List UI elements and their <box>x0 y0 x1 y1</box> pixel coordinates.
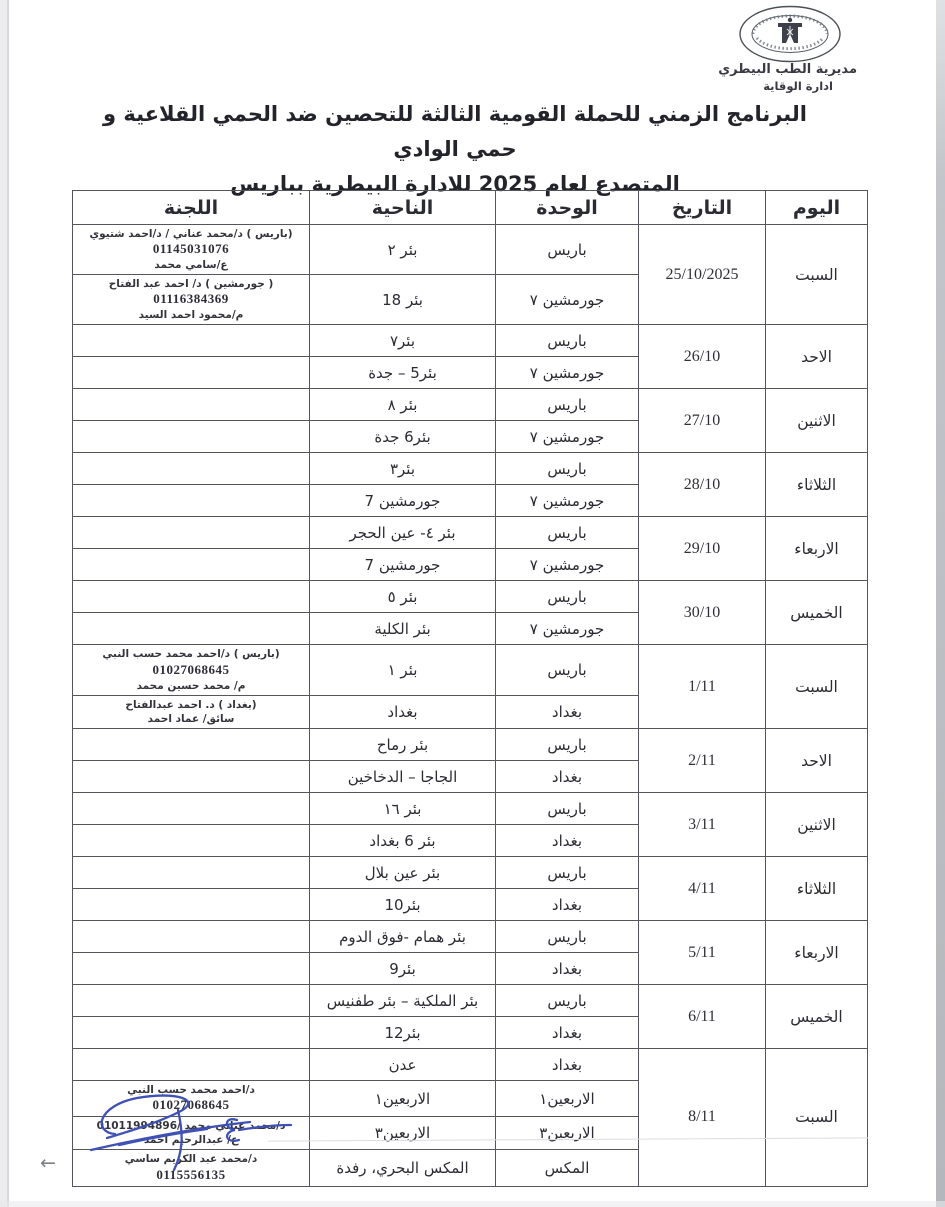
committee-cell <box>73 581 310 613</box>
committee-cell <box>73 889 310 921</box>
scan-edge-bottom <box>0 1201 945 1207</box>
committee-cell: ( جورمشين ) د/ احمد عبد الفتاح0111638436… <box>73 275 310 325</box>
date-cell: 30/10 <box>639 581 766 645</box>
committee-cell <box>73 453 310 485</box>
unit-cell: باريس <box>496 921 639 953</box>
unit-cell: بغداد <box>496 889 639 921</box>
committee-line: 01116384369 <box>77 291 305 308</box>
header-date: التاريخ <box>639 191 766 225</box>
district-cell: بئر 6 بغداد <box>310 825 496 857</box>
district-cell: بئر ٨ <box>310 389 496 421</box>
district-cell: بئر10 <box>310 889 496 921</box>
day-cell: الاحد <box>766 325 868 389</box>
unit-cell: جورمشين ٧ <box>496 421 639 453</box>
table-row: الاحد26/10باريسبئر٧ <box>73 325 868 357</box>
table-row: الثلاثاء28/10باريسبئر٣ <box>73 453 868 485</box>
committee-cell: (بغداد ) د. احمد عبدالفتاحسائق/ عماد احم… <box>73 695 310 728</box>
unit-cell: جورمشين ٧ <box>496 357 639 389</box>
committee-line: (بغداد ) د. احمد عبدالفتاح <box>77 698 305 712</box>
unit-cell: باريس <box>496 517 639 549</box>
unit-cell: باريس <box>496 453 639 485</box>
org-name-line1: مديرية الطب البيطري <box>718 62 857 77</box>
unit-cell: جورمشين ٧ <box>496 613 639 645</box>
district-cell: المكس البحري، رفدة <box>310 1150 496 1186</box>
ministry-seal-logo <box>737 4 843 64</box>
district-cell: بئر ٤- عين الحجر <box>310 517 496 549</box>
committee-line: سائق/ عماد احمد <box>77 712 305 726</box>
seal-icon <box>737 4 843 64</box>
committee-cell <box>73 613 310 645</box>
day-cell: السبت <box>766 1049 868 1186</box>
day-cell: الاربعاء <box>766 921 868 985</box>
table-row: السبت1/11باريسبئر ١(باريس ) د/احمد محمد … <box>73 645 868 695</box>
district-cell: جورمشين 7 <box>310 485 496 517</box>
day-cell: الاحد <box>766 729 868 793</box>
scan-page-edge-line <box>7 0 9 1207</box>
unit-cell: بغداد <box>496 953 639 985</box>
district-cell: بئر ١٦ <box>310 793 496 825</box>
table-row: الاربعاء5/11باريسبئر همام -فوق الدوم <box>73 921 868 953</box>
date-cell: 25/10/2025 <box>639 225 766 325</box>
title-line-1: البرنامج الزمني للحملة القومية الثالثة ل… <box>85 97 825 167</box>
district-cell: بئر ١ <box>310 645 496 695</box>
committee-cell <box>73 357 310 389</box>
district-cell: بئر٧ <box>310 325 496 357</box>
district-cell: بئر عين بلال <box>310 857 496 889</box>
vaccination-schedule-table: اليوم التاريخ الوحدة الناحية اللجنة السب… <box>72 190 868 1187</box>
unit-cell: جورمشين ٧ <box>496 275 639 325</box>
unit-cell: بغداد <box>496 1017 639 1049</box>
district-cell: بئر٣ <box>310 453 496 485</box>
day-cell: الاربعاء <box>766 517 868 581</box>
header-committee: اللجنة <box>73 191 310 225</box>
district-cell: بئر5 – جدة <box>310 357 496 389</box>
committee-line: ع/سامي محمد <box>77 258 305 272</box>
district-cell: بئر9 <box>310 953 496 985</box>
unit-cell: باريس <box>496 645 639 695</box>
district-cell: الاربعين١ <box>310 1081 496 1117</box>
committee-line: م/محمود احمد السيد <box>77 308 305 322</box>
district-cell: بئر ٥ <box>310 581 496 613</box>
header-unit: الوحدة <box>496 191 639 225</box>
unit-cell: بغداد <box>496 825 639 857</box>
unit-cell: باريس <box>496 793 639 825</box>
date-cell: 29/10 <box>639 517 766 581</box>
scan-edge-right <box>936 0 945 1207</box>
table-row: الخميس6/11باريسبئر الملكية – بئر طفنيس <box>73 985 868 1017</box>
district-cell: بئر ٢ <box>310 225 496 275</box>
day-cell: الثلاثاء <box>766 453 868 517</box>
day-cell: الاثنين <box>766 389 868 453</box>
district-cell: بغداد <box>310 695 496 728</box>
table-row: السبت8/11بغدادعدن <box>73 1049 868 1081</box>
handwritten-signature <box>85 1082 295 1177</box>
committee-cell <box>73 517 310 549</box>
unit-cell: باريس <box>496 225 639 275</box>
district-cell: جورمشين 7 <box>310 549 496 581</box>
committee-cell <box>73 729 310 761</box>
schedule-table-body: السبت25/10/2025باريسبئر ٢(باريس ) د/محمد… <box>73 225 868 1187</box>
table-row: الخميس30/10باريسبئر ٥ <box>73 581 868 613</box>
unit-cell: باريس <box>496 325 639 357</box>
day-cell: الخميس <box>766 581 868 645</box>
unit-cell: باريس <box>496 729 639 761</box>
unit-cell: جورمشين ٧ <box>496 485 639 517</box>
day-cell: الخميس <box>766 985 868 1049</box>
unit-cell: باريس <box>496 985 639 1017</box>
unit-cell: باريس <box>496 581 639 613</box>
date-cell: 5/11 <box>639 921 766 985</box>
date-cell: 2/11 <box>639 729 766 793</box>
unit-cell: بغداد <box>496 695 639 728</box>
back-arrow-mark: ← <box>40 1152 56 1174</box>
day-cell: الثلاثاء <box>766 857 868 921</box>
committee-line: (باريس ) د/احمد محمد حسب النبي <box>77 647 305 661</box>
district-cell: بئر12 <box>310 1017 496 1049</box>
district-cell: بئر همام -فوق الدوم <box>310 921 496 953</box>
org-name-line2: ادارة الوقاية <box>763 79 833 93</box>
date-cell: 6/11 <box>639 985 766 1049</box>
committee-cell: (باريس ) د/محمد عناني / د/احمد شتيوي0114… <box>73 225 310 275</box>
date-cell: 8/11 <box>639 1049 766 1186</box>
table-row: السبت25/10/2025باريسبئر ٢(باريس ) د/محمد… <box>73 225 868 275</box>
committee-line: ( جورمشين ) د/ احمد عبد الفتاح <box>77 277 305 291</box>
committee-cell <box>73 857 310 889</box>
unit-cell: الاربعين١ <box>496 1081 639 1117</box>
committee-cell <box>73 485 310 517</box>
unit-cell: جورمشين ٧ <box>496 549 639 581</box>
district-cell: بئر 18 <box>310 275 496 325</box>
date-cell: 3/11 <box>639 793 766 857</box>
committee-line: 01027068645 <box>77 662 305 679</box>
unit-cell: باريس <box>496 389 639 421</box>
district-cell: الاربعين٣ <box>310 1117 496 1150</box>
header-day: اليوم <box>766 191 868 225</box>
table-row: الاثنين3/11باريسبئر ١٦ <box>73 793 868 825</box>
date-cell: 1/11 <box>639 645 766 729</box>
committee-cell <box>73 549 310 581</box>
district-cell: بئر6 جدة <box>310 421 496 453</box>
table-header-row: اليوم التاريخ الوحدة الناحية اللجنة <box>73 191 868 225</box>
day-cell: السبت <box>766 645 868 729</box>
committee-cell <box>73 325 310 357</box>
district-cell: عدن <box>310 1049 496 1081</box>
committee-line: م/ محمد حسين محمد <box>77 679 305 693</box>
district-cell: الجاجا – الدخاخين <box>310 761 496 793</box>
signature-icon <box>85 1082 295 1177</box>
district-cell: بئر الكلية <box>310 613 496 645</box>
table-row: الثلاثاء4/11باريسبئر عين بلال <box>73 857 868 889</box>
committee-cell <box>73 825 310 857</box>
committee-line: (باريس ) د/محمد عناني / د/احمد شتيوي <box>77 227 305 241</box>
date-cell: 28/10 <box>639 453 766 517</box>
day-cell: السبت <box>766 225 868 325</box>
table-row: الاربعاء29/10باريسبئر ٤- عين الحجر <box>73 517 868 549</box>
committee-cell <box>73 921 310 953</box>
committee-cell <box>73 389 310 421</box>
committee-cell <box>73 421 310 453</box>
table-row: الاحد2/11باريسبئر رماح <box>73 729 868 761</box>
date-cell: 26/10 <box>639 325 766 389</box>
unit-cell: بغداد <box>496 761 639 793</box>
committee-line: 01145031076 <box>77 241 305 258</box>
committee-cell <box>73 1049 310 1081</box>
date-cell: 4/11 <box>639 857 766 921</box>
day-cell: الاثنين <box>766 793 868 857</box>
district-cell: بئر الملكية – بئر طفنيس <box>310 985 496 1017</box>
committee-cell <box>73 793 310 825</box>
committee-cell <box>73 1017 310 1049</box>
committee-cell: (باريس ) د/احمد محمد حسب النبي0102706864… <box>73 645 310 695</box>
header-district: الناحية <box>310 191 496 225</box>
document-title: البرنامج الزمني للحملة القومية الثالثة ل… <box>85 97 825 202</box>
scan-edge-left <box>0 0 7 1207</box>
date-cell: 27/10 <box>639 389 766 453</box>
committee-cell <box>73 953 310 985</box>
unit-cell: الاربعين٣ <box>496 1117 639 1150</box>
committee-cell <box>73 761 310 793</box>
unit-cell: المكس <box>496 1150 639 1186</box>
district-cell: بئر رماح <box>310 729 496 761</box>
table-row: الاثنين27/10باريسبئر ٨ <box>73 389 868 421</box>
committee-cell <box>73 985 310 1017</box>
unit-cell: بغداد <box>496 1049 639 1081</box>
unit-cell: باريس <box>496 857 639 889</box>
